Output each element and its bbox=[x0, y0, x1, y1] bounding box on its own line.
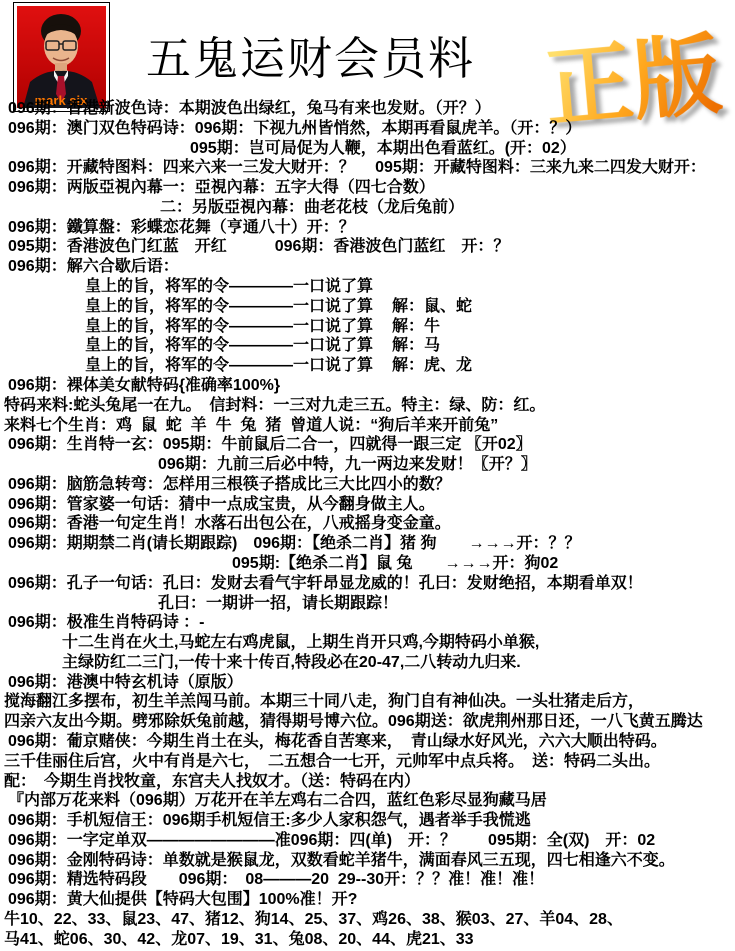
text-line: 来料七个生肖：鸡 鼠 蛇 羊 牛 兔 猪 曾道人说：“狗后羊来开前兔” bbox=[0, 416, 735, 436]
text-line: 096期：香港一句定生肖！水落石出包公在，八戒摇身变金童。 bbox=[0, 514, 735, 534]
text-line-content: 皇上的旨，将军的令————一口说了算 bbox=[85, 298, 373, 315]
text-line-content: 孔曰：一期讲一招，请长期跟踪！ bbox=[158, 595, 398, 612]
text-line: 096期：脑筋急转弯：怎样用三根筷子搭成比三大比四小的数？ bbox=[0, 475, 735, 495]
text-line: 095期:【绝杀二肖】鼠 兔 →→→开：狗02 bbox=[0, 554, 735, 574]
text-line-content: 配： 今期生肖找牧童，东宫夫人找奴才。（送：特码在内） bbox=[4, 773, 420, 790]
text-line: 皇上的旨，将军的令————一口说了算解：虎、龙 bbox=[0, 356, 735, 376]
riddle-answer: 解：牛 bbox=[392, 317, 440, 337]
text-line: 十二生肖在火土,马蛇左右鸡虎鼠，上期生肖开只鸡,今期特码小单猴, bbox=[0, 633, 735, 653]
text-line: 096期：鐵算盤：彩蝶恋花舞（亨通八十）开：？ bbox=[0, 218, 735, 238]
text-line-content: 096期：葡京赌侠：今期生肖土在头，梅花香自苦寒来， 青山绿水好风光，六六大顺出… bbox=[8, 733, 667, 750]
page-title: 五鬼运财会员料 bbox=[146, 22, 475, 87]
text-line: 四亲六友出今期。劈邪除妖兔前越，猜得期号博六位。096期送：欲虎荆州那日还，一八… bbox=[0, 712, 735, 732]
text-line: 主绿防红二三门,一传十来十传百,特段必在20-47,二八转动九归来. bbox=[0, 653, 735, 673]
text-line: 095期：香港波色门红蓝 开红 096期：香港波色门蓝红 开：？ bbox=[0, 237, 735, 257]
text-line-content: 096期：澳门双色特码诗：096期：下视九州皆悄然，本期再看鼠虎羊。（开：？） bbox=[8, 120, 581, 137]
text-line: 皇上的旨，将军的令————一口说了算 bbox=[0, 277, 735, 297]
text-line: 096期：澳门双色特码诗：096期：下视九州皆悄然，本期再看鼠虎羊。（开：？） bbox=[0, 119, 735, 139]
text-line: 096期：两版亞視內幕一：亞視內幕：五字大得（四七合数） bbox=[0, 178, 735, 198]
text-line: 096期：裸体美女献特码{准确率100%} bbox=[0, 376, 735, 396]
text-line-content: 搅海翻江多摆布，初生羊羔闯马前。本期三十同八走，狗门自有神仙决。一头壮猪走后方， bbox=[4, 693, 644, 710]
text-line: 096期：金刚特码诗：单数就是猴鼠龙，双数看蛇羊猪牛，满面春风三五现，四七相逢六… bbox=[0, 851, 735, 871]
tipster-portrait: mark six bbox=[13, 2, 110, 112]
text-line-content: 096期：两版亞視內幕一：亞視內幕：五字大得（四七合数） bbox=[8, 179, 435, 196]
text-line: 配： 今期生肖找牧童，东宫夫人找奴才。（送：特码在内） bbox=[0, 772, 735, 792]
text-line: 096期：九前三后必中特，九一两边来发财！〖开？〗 bbox=[0, 455, 735, 475]
text-line: 096期：开藏特图料：四来六来一三发大财开：？ 095期：开藏特图料：三来九来二… bbox=[0, 158, 735, 178]
text-line-content: 皇上的旨，将军的令————一口说了算 bbox=[85, 357, 373, 374]
text-line-content: 『内部万花来料（096期）万花开在羊左鸡右二合四，蓝红色彩尽显狗藏马居 bbox=[8, 792, 547, 809]
text-line-content: 四亲六友出今期。劈邪除妖兔前越，猜得期号博六位。096期送：欲虎荆州那日还，一八… bbox=[4, 713, 703, 730]
text-line: 皇上的旨，将军的令————一口说了算解：鼠、蛇 bbox=[0, 297, 735, 317]
text-line: 皇上的旨，将军的令————一口说了算解：马 bbox=[0, 336, 735, 356]
text-line: 孔曰：一期讲一招，请长期跟踪！ bbox=[0, 594, 735, 614]
text-line-content: 来料七个生肖：鸡 鼠 蛇 羊 牛 兔 猪 曾道人说：“狗后羊来开前兔” bbox=[4, 417, 498, 434]
text-line-content: 096期：手机短信王：096期手机短信王:多少人家积怨气，遇者举手我慌逃 bbox=[8, 812, 531, 829]
text-line: 三千佳丽住后宫，火中有肖是六七， 二五想合一七开，元帅军中点兵将。 送：特码二头… bbox=[0, 752, 735, 772]
text-line-content: 096期：精选特码段 096期： 08———20 29--30开：？？准！准！准… bbox=[8, 871, 544, 888]
tipster-portrait-image: mark six bbox=[17, 6, 106, 108]
text-line-content: 096期：孔子一句话：孔曰：发财去看气宇轩昂显龙威的！孔曰：发财绝招，本期看单双… bbox=[8, 575, 643, 592]
text-line-content: 095期:【绝杀二肖】鼠 兔 →→→开：狗02 bbox=[232, 555, 558, 572]
text-line: 096期：港澳中特玄机诗（原版） bbox=[0, 673, 735, 693]
riddle-answer: 解：马 bbox=[392, 336, 440, 356]
text-line: 牛10、22、33、鼠23、47、猪12、狗14、25、37、鸡26、38、猴0… bbox=[0, 910, 735, 930]
text-line-content: 马41、蛇06、30、42、龙07、19、31、兔08、20、44、虎21、33 bbox=[4, 931, 474, 948]
text-line-content: 皇上的旨，将军的令————一口说了算 bbox=[85, 278, 373, 295]
text-line-content: 096期：生肖特一玄：095期：牛前鼠后二合一，四就得一跟三定 〖开02〗 bbox=[8, 436, 532, 453]
text-line: 096期：极准生肖特码诗 ：- bbox=[0, 613, 735, 633]
text-line: 『内部万花来料（096期）万花开在羊左鸡右二合四，蓝红色彩尽显狗藏马居 bbox=[0, 791, 735, 811]
text-line: 096期：生肖特一玄：095期：牛前鼠后二合一，四就得一跟三定 〖开02〗 bbox=[0, 435, 735, 455]
text-line-content: 096期：港澳中特玄机诗（原版） bbox=[8, 674, 243, 691]
text-line-content: 十二生肖在火土,马蛇左右鸡虎鼠，上期生肖开只鸡,今期特码小单猴, bbox=[62, 634, 539, 651]
riddle-answer: 解：鼠、蛇 bbox=[392, 297, 472, 317]
text-line: 马41、蛇06、30、42、龙07、19、31、兔08、20、44、虎21、33 bbox=[0, 930, 735, 950]
text-line-content: 096期：黄大仙提供【特码大包围】100%准！开? bbox=[8, 891, 357, 908]
text-line-content: 096期：鐵算盤：彩蝶恋花舞（亨通八十）开：？ bbox=[8, 219, 355, 236]
text-line: 096期：期期禁二肖(请长期跟踪) 096期：【绝杀二肖】猪 狗 →→→开：？？ bbox=[0, 534, 735, 554]
text-line: 096期：手机短信王：096期手机短信王:多少人家积怨气，遇者举手我慌逃 bbox=[0, 811, 735, 831]
tip-sheet-content: 096期：香港新波色诗：本期波色出绿红，兔马有来也发财。（开？）096期：澳门双… bbox=[0, 99, 735, 950]
text-line-content: 096期：金刚特码诗：单数就是猴鼠龙，双数看蛇羊猪牛，满面春风三五现，四七相逢六… bbox=[8, 852, 675, 869]
text-line-content: 特码来料:蛇头兔尾一在九。 信封料：一三对九走三五。特主：绿、防：红。 bbox=[4, 397, 545, 414]
text-line: 096期：香港新波色诗：本期波色出绿红，兔马有来也发财。（开？） bbox=[0, 99, 735, 119]
text-line-content: 095期：香港波色门红蓝 开红 096期：香港波色门蓝红 开：？ bbox=[8, 238, 509, 255]
text-line-content: 096期：裸体美女献特码{准确率100%} bbox=[8, 377, 280, 394]
text-line: 搅海翻江多摆布，初生羊羔闯马前。本期三十同八走，狗门自有神仙决。一头壮猪走后方， bbox=[0, 692, 735, 712]
text-line-content: 096期：脑筋急转弯：怎样用三根筷子搭成比三大比四小的数？ bbox=[8, 476, 451, 493]
text-line: 096期：孔子一句话：孔曰：发财去看气宇轩昂显龙威的！孔曰：发财绝招，本期看单双… bbox=[0, 574, 735, 594]
text-line-content: 096期：解六合歇后语： bbox=[8, 258, 179, 275]
text-line: 二：另版亞視內幕：曲老花枝（龙后兔前） bbox=[0, 198, 735, 218]
text-line-content: 皇上的旨，将军的令————一口说了算 bbox=[85, 318, 373, 335]
text-line: 096期：黄大仙提供【特码大包围】100%准！开? bbox=[0, 890, 735, 910]
text-line-content: 096期：管家婆一句话：猜中一点成宝贵，从今翻身做主人。 bbox=[8, 496, 435, 513]
text-line: 096期：一字定单双————————准096期：四(单) 开：？ 095期：全(… bbox=[0, 831, 735, 851]
text-line: 皇上的旨，将军的令————一口说了算解：牛 bbox=[0, 317, 735, 337]
text-line-content: 096期：极准生肖特码诗 ：- bbox=[8, 614, 204, 631]
text-line-content: 主绿防红二三门,一传十来十传百,特段必在20-47,二八转动九归来. bbox=[62, 654, 521, 671]
text-line: 特码来料:蛇头兔尾一在九。 信封料：一三对九走三五。特主：绿、防：红。 bbox=[0, 396, 735, 416]
text-line-content: 095期：岂可局促为人鞭，本期出色看蓝红。(开：02） bbox=[190, 140, 576, 157]
text-line-content: 三千佳丽住后宫，火中有肖是六七， 二五想合一七开，元帅军中点兵将。 送：特码二头… bbox=[4, 753, 660, 770]
neck bbox=[55, 63, 67, 72]
text-line-content: 牛10、22、33、鼠23、47、猪12、狗14、25、37、鸡26、38、猴0… bbox=[4, 911, 623, 928]
text-line-content: 096期：香港新波色诗：本期波色出绿红，兔马有来也发财。（开？） bbox=[8, 100, 491, 117]
text-line: 096期：精选特码段 096期： 08———20 29--30开：？？准！准！准… bbox=[0, 870, 735, 890]
text-line-content: 二：另版亞視內幕：曲老花枝（龙后兔前） bbox=[160, 199, 464, 216]
text-line-content: 096期：九前三后必中特，九一两边来发财！〖开？〗 bbox=[158, 456, 537, 473]
text-line-content: 096期：一字定单双————————准096期：四(单) 开：？ 095期：全(… bbox=[8, 832, 655, 849]
riddle-answer: 解：虎、龙 bbox=[392, 356, 472, 376]
text-line-content: 皇上的旨，将军的令————一口说了算 bbox=[85, 337, 373, 354]
text-line: 096期：管家婆一句话：猜中一点成宝贵，从今翻身做主人。 bbox=[0, 495, 735, 515]
text-line: 096期：解六合歇后语： bbox=[0, 257, 735, 277]
text-line: 096期：葡京赌侠：今期生肖土在头，梅花香自苦寒来， 青山绿水好风光，六六大顺出… bbox=[0, 732, 735, 752]
text-line: 095期：岂可局促为人鞭，本期出色看蓝红。(开：02） bbox=[0, 139, 735, 159]
text-line-content: 096期：开藏特图料：四来六来一三发大财开：？ 095期：开藏特图料：三来九来二… bbox=[8, 159, 706, 176]
text-line-content: 096期：期期禁二肖(请长期跟踪) 096期：【绝杀二肖】猪 狗 →→→开：？？ bbox=[8, 535, 581, 552]
text-line-content: 096期：香港一句定生肖！水落石出包公在，八戒摇身变金童。 bbox=[8, 515, 451, 532]
